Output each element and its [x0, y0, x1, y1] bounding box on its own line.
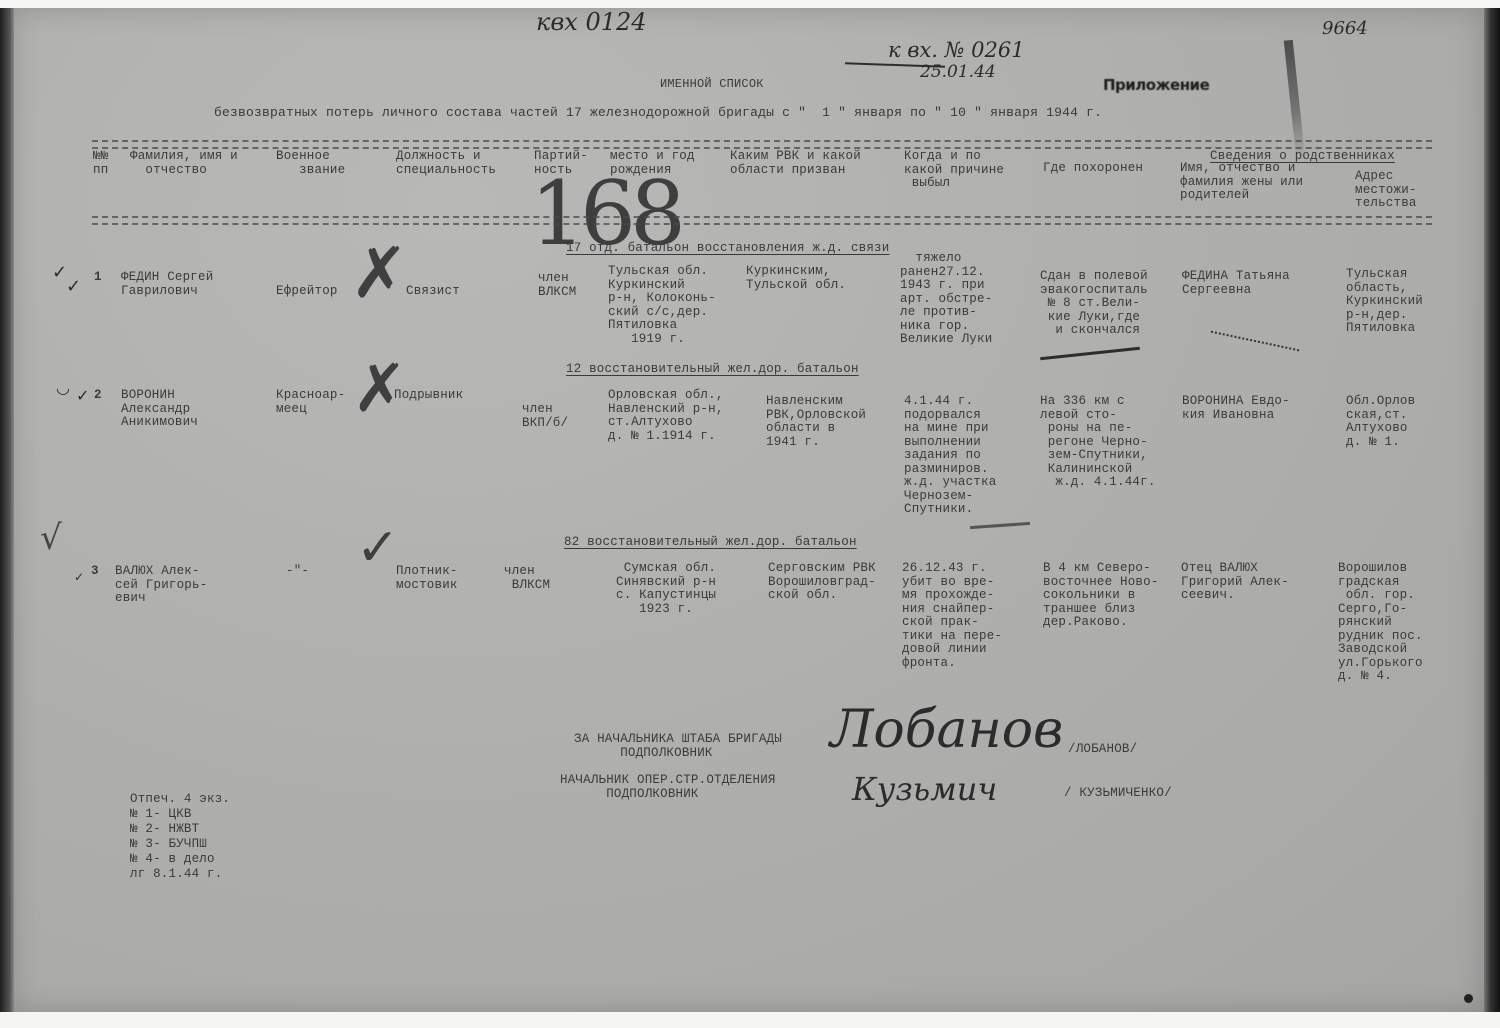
check-mark-large-icon: ✓	[356, 518, 400, 578]
row-name: ФЕДИН Сергей Гаврилович	[121, 271, 213, 298]
row-relative-name: ВОРОНИНА Евдо- кия Ивановна	[1182, 395, 1290, 422]
row-num: 2	[94, 389, 102, 403]
col-header-position: Должность и специальность	[396, 150, 496, 177]
col-header-name: Фамилия, имя и отчество	[130, 150, 238, 177]
row-position: Плотник- мостовик	[396, 565, 458, 592]
scan-left-edge	[0, 8, 14, 1012]
distribution-list: Отпеч. 4 экз. № 1- ЦКВ № 2- НЖВТ № 3- БУ…	[130, 792, 230, 882]
row-name: ВОРОНИН Александр Аникимович	[121, 389, 198, 430]
col-header-draft: Каким РВК и какой области призван	[730, 150, 861, 177]
col-header-relative-address: Адрес местожи- тельства	[1355, 170, 1417, 211]
row-position: Связист	[406, 285, 460, 299]
row-birth: Тульская обл. Куркинский р-н, Колоконь- …	[608, 265, 716, 346]
row-relative-name: Отец ВАЛЮХ Григорий Алек- сеевич.	[1181, 562, 1289, 603]
row-birth: Сумская обл. Синявский р-н с. Капустинцы…	[616, 562, 716, 616]
row-death: 26.12.43 г. убит во вре- мя прохожде- ни…	[902, 562, 1002, 670]
document-title: ИМЕННОЙ СПИСОК	[660, 78, 764, 92]
row-num: 1	[94, 271, 102, 285]
scan-bottom-margin	[0, 1012, 1500, 1028]
punch-hole	[1464, 994, 1473, 1003]
signer-title: ЗА НАЧАЛЬНИКА ШТАБА БРИГАДЫ ПОДПОЛКОВНИК	[574, 733, 782, 760]
col-header-party: Партий- ность	[534, 150, 588, 177]
row-relative-address: Ворошилов градская обл. гор. Серго,Го- р…	[1338, 562, 1423, 684]
row-num: 3	[91, 565, 99, 579]
unit-heading-1: 17 отд. батальон восстановления ж.д. свя…	[566, 242, 889, 256]
signer-name: / КУЗЬМИЧЕНКО/	[1064, 787, 1172, 801]
row-burial: Сдан в полевой эвакогоспиталь № 8 ст.Вел…	[1040, 270, 1148, 338]
col-header-death: Когда и по какой причине выбыл	[904, 150, 1004, 191]
row-party: член ВЛКСМ	[504, 565, 550, 592]
row-draft: Навленским РВК,Орловской области в 1941 …	[766, 395, 866, 449]
row-burial: В 4 км Северо- восточнее Ново- сокольник…	[1043, 562, 1159, 630]
handwritten-archive-number: 9664	[1322, 18, 1368, 39]
checkmark-icon: ✓	[66, 276, 81, 297]
row-burial: На 336 км с левой сто- роны на пе- регон…	[1040, 395, 1156, 490]
unit-heading-3: 82 восстановительный жел.дор. батальон	[564, 536, 857, 550]
checkmark-icon: √	[40, 518, 62, 558]
col-header-rank: Военное звание	[276, 150, 345, 177]
scan-right-edge	[1484, 8, 1500, 1012]
checkmark-icon: ✓	[52, 262, 67, 283]
handwritten-signature: Кузьмич	[852, 770, 997, 808]
row-relative-name: ФЕДИНА Татьяна Сергеевна	[1182, 270, 1290, 297]
row-draft: Куркинским, Тульской обл.	[746, 265, 846, 292]
signer-title: НАЧАЛЬНИК ОПЕР.СТР.ОТДЕЛЕНИЯ ПОДПОЛКОВНИ…	[560, 774, 776, 801]
table-top-rule	[92, 140, 1432, 149]
document-subtitle: безвозвратных потерь личного состава час…	[214, 106, 1102, 120]
checkmark-icon: ◡	[56, 378, 70, 397]
signer-name: /ЛОБАНОВ/	[1068, 743, 1137, 757]
row-relative-address: Тульская область, Куркинский р-н,дер. Пя…	[1346, 268, 1423, 336]
row-party: член ВКП/б/	[522, 403, 568, 430]
unit-heading-2: 12 восстановительный жел.дор. батальон	[566, 363, 859, 377]
check-mark-large-icon: ✗	[350, 232, 409, 314]
checkmark-icon: ✓	[74, 570, 84, 584]
row-death: 4.1.44 г. подорвался на мине при выполне…	[904, 395, 996, 517]
appendix-stamp: Приложение	[1103, 76, 1209, 94]
row-rank: Ефрейтор	[276, 285, 338, 299]
handwritten-incoming-ref: квх 0124	[536, 8, 647, 36]
table-header-rule	[92, 216, 1432, 225]
row-rank: -"-	[286, 565, 309, 579]
col-header-burial: Где похоронен	[1043, 162, 1143, 176]
col-header-num: №№ пп	[93, 150, 108, 177]
row-rank: Красноар- меец	[276, 389, 345, 416]
col-header-relative-name: Имя, отчество и фамилия жены или родител…	[1180, 162, 1303, 203]
row-party: член ВЛКСМ	[538, 272, 577, 299]
handwritten-incoming-date: 25.01.44	[920, 62, 996, 82]
row-name: ВАЛЮХ Алек- сей Григорь- евич	[115, 565, 207, 606]
checkmark-icon: ✓	[76, 386, 89, 405]
row-relative-address: Обл.Орлов ская,ст. Алтухово д. № 1.	[1346, 395, 1415, 449]
row-position: Подрывник	[394, 389, 463, 403]
col-header-birth: место и год рождения	[610, 150, 695, 177]
handwritten-signature: Лобанов	[830, 700, 1063, 760]
row-death: тяжело ранен27.12. 1943 г. при арт. обст…	[900, 252, 992, 347]
handwritten-incoming-number: к вх. № 0261	[888, 38, 1025, 62]
row-draft: Серговским РВК Ворошиловград- ской обл.	[768, 562, 876, 603]
row-birth: Орловская обл., Навленский р-н, ст.Алтух…	[608, 389, 724, 443]
